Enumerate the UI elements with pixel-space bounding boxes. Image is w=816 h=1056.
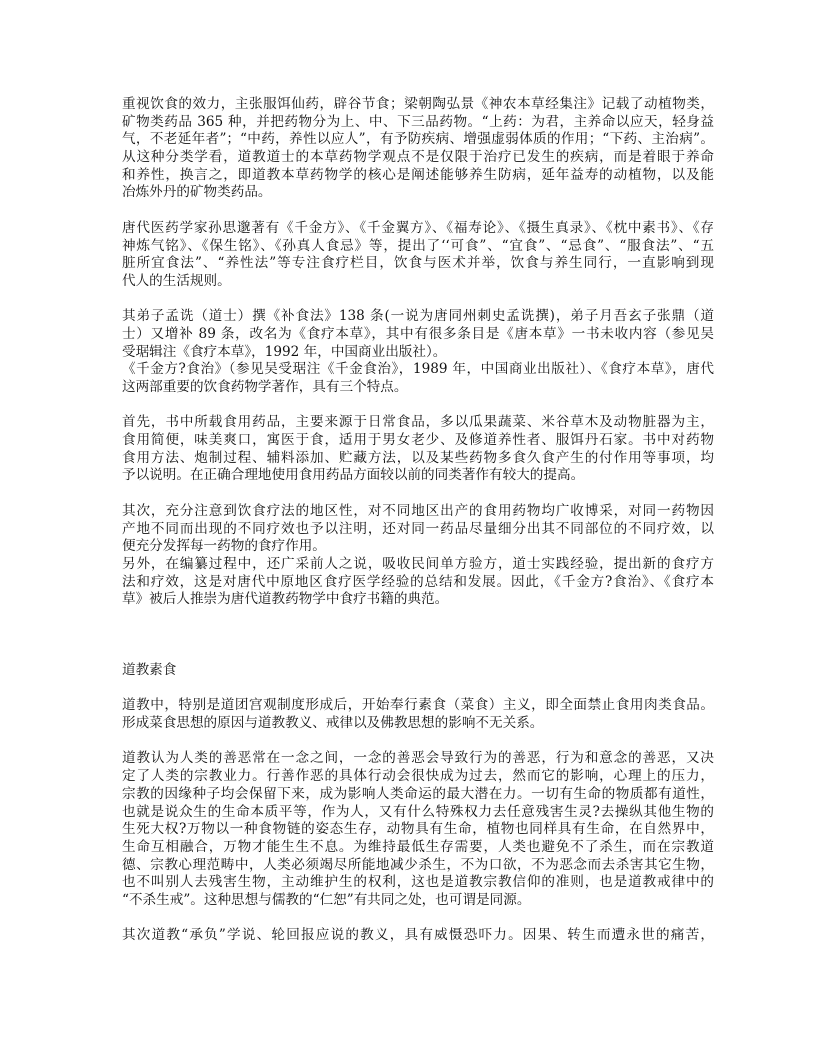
text-line: 和养性，换言之，即道教本草药物学的核心是阐述能够养生防病，延年益寿的动植物，以及… <box>122 167 714 185</box>
text-line: 予以说明。在正确合理地使用食用药品方面较以前的同类著作有较大的提高。 <box>122 467 714 485</box>
text-line: 矿物类药品 365 种，并把药物分为上、中、下三品药物。“上药：为君，主养命以应… <box>122 114 714 132</box>
text-line: 其次，充分注意到饮食疗法的地区性，对不同地区出产的食用药物均广收博采，对同一药物… <box>122 503 714 521</box>
text-line: “不杀生戒”。这种思想与儒教的“仁恕”有共同之处，也可谓是同源。 <box>122 892 714 910</box>
text-line: 士）又增补 89 条，改名为《食疗本草》，其中有很多条目是《唐本草》一书未收内容… <box>122 326 714 344</box>
text-line: 神炼气铭》、《保生铭》、《孙真人食忌》等，提出了‘‘可食”、“宜食”、“忌食”、… <box>122 238 714 256</box>
paragraph-sun-simiao: 唐代医药学家孙思邈著有《千金方》、《千金翼方》、《福寿论》、《摄生真录》、《枕中… <box>122 220 714 291</box>
text-line: 冶炼外丹的矿物类药品。 <box>122 184 714 202</box>
text-line: 首先，书中所载食用药品，主要来源于日常食品，多以瓜果蔬菜、米谷草木及动物脏器为主… <box>122 414 714 432</box>
text-line: 宗教的因缘种子均会保留下来，成为影响人类命运的最大潜在力。一切有生命的物质都有道… <box>122 786 714 804</box>
text-line: 这两部重要的饮食药物学著作，具有三个特点。 <box>122 379 714 397</box>
spacer <box>122 627 714 662</box>
text-line: 其次道教“承负”学说、轮回报应说的教义，具有威慑恐吓力。因果、转生而遭永世的痛苦… <box>122 927 714 945</box>
text-line: 重视饮食的效力，主张服饵仙药，辟谷节食；梁朝陶弘景《神农本草经集注》记载了动植物… <box>122 96 714 114</box>
text-line: 唐代医药学家孙思邈著有《千金方》、《千金翼方》、《福寿论》、《摄生真录》、《枕中… <box>122 220 714 238</box>
section-heading: 道教素食 <box>122 662 714 680</box>
paragraph-first-feature: 首先，书中所载食用药品，主要来源于日常食品，多以瓜果蔬菜、米谷草木及动物脏器为主… <box>122 414 714 485</box>
document-body: 重视饮食的效力，主张服饵仙药，辟谷节食；梁朝陶弘景《神农本草经集注》记载了动植物… <box>122 96 714 963</box>
text-line: 代人的生活规则。 <box>122 273 714 291</box>
text-line: 定了人类的宗教业力。行善作恶的具体行动会很快成为过去，然而它的影响，心理上的压力… <box>122 768 714 786</box>
text-line: 食用简便，味美爽口，寓医于食，适用于男女老少、及修道养性者、服饵丹石家。书中对药… <box>122 432 714 450</box>
text-line: 道教中，特别是道团宫观制度形成后，开始奉行素食（菜食）主义，即全面禁止食用肉类食… <box>122 697 714 715</box>
text-line: 形成菜食思想的原因与道教教义、戒律以及佛教思想的影响不无关系。 <box>122 715 714 733</box>
text-line: 另外，在编纂过程中，还广采前人之说，吸收民间单方验方，道士实践经验，提出新的食疗… <box>122 556 714 574</box>
text-line: 受琚辑注《食疗本草》，1992 年，中国商业出版社）。 <box>122 344 714 362</box>
text-line: 德、宗教心理范畴中，人类必须竭尽所能地减少杀生，不为口欲，不为恶念而去杀害其它生… <box>122 857 714 875</box>
text-line: 道教认为人类的善恶常在一念之间，一念的善恶会导致行为的善恶，行为和意念的善恶，又… <box>122 750 714 768</box>
paragraph-chengfu-doctrine: 其次道教“承负”学说、轮回报应说的教义，具有威慑恐吓力。因果、转生而遭永世的痛苦… <box>122 927 714 945</box>
text-line: 也不叫别人去残害生物，主动维护生的权利，这也是道教宗教信仰的准则，也是道教戒律中… <box>122 874 714 892</box>
text-line: 产地不同而出现的不同疗效也予以注明，还对同一药品尽量细分出其不同部位的不同疗效，… <box>122 521 714 539</box>
text-line: 也就是说众生的生命本质平等，作为人，又有什么特殊权力去任意残害生灵?去操纵其他生… <box>122 804 714 822</box>
text-line: 草》被后人推崇为唐代道教药物学中食疗书籍的典范。 <box>122 591 714 609</box>
paragraph-second-feature: 其次，充分注意到饮食疗法的地区性，对不同地区出产的食用药物均广收博采，对同一药物… <box>122 503 714 609</box>
paragraph-vegetarian-intro: 道教中，特别是道团宫观制度形成后，开始奉行素食（菜食）主义，即全面禁止食用肉类食… <box>122 697 714 732</box>
text-line: 气，不老延年者”；“中药，养性以应人”，有予防疾病、增强虚弱体质的作用；“下药、… <box>122 131 714 149</box>
text-line: 脏所宜食法”、“养性法”等专注食疗栏目，饮食与医术并举，饮食与养生同行，一直影响… <box>122 255 714 273</box>
text-line: 生死大权?万物以一种食物链的姿态生存，动物具有生命，植物也同样具有生命，在自然界… <box>122 821 714 839</box>
text-line: 从这种分类学看，道教道士的本草药物学观点不是仅限于治疗已发生的疾病，而是着眼于养… <box>122 149 714 167</box>
text-line: 便充分发挥每一药物的食疗作用。 <box>122 538 714 556</box>
document-page: 重视饮食的效力，主张服饵仙药，辟谷节食；梁朝陶弘景《神农本草经集注》记载了动植物… <box>0 0 816 1056</box>
paragraph-shennong-bencao: 重视饮食的效力，主张服饵仙药，辟谷节食；梁朝陶弘景《神农本草经集注》记载了动植物… <box>122 96 714 202</box>
text-line: 食用方法、炮制过程、辅料添加、贮藏方法，以及某些药物多食久食产生的付作用等事项，… <box>122 450 714 468</box>
text-line: 《千金方?食治》（参见吴受琚注《千金食治》，1989 年，中国商业出版社）、《食… <box>122 361 714 379</box>
text-line: 生命互相融合，万物才能生生不息。为维持最低生存需要，人类也避免不了杀生，而在宗教… <box>122 839 714 857</box>
paragraph-shiliao-bencao: 其弟子孟诜（道士）撰《补食法》138 条(一说为唐同州刺史孟诜撰)，弟子月吾玄子… <box>122 308 714 396</box>
text-line: 法和疗效，这是对唐代中原地区食疗医学经验的总结和发展。因此，《千金方?食治》、《… <box>122 574 714 592</box>
text-line: 其弟子孟诜（道士）撰《补食法》138 条(一说为唐同州刺史孟诜撰)，弟子月吾玄子… <box>122 308 714 326</box>
paragraph-good-and-evil: 道教认为人类的善恶常在一念之间，一念的善恶会导致行为的善恶，行为和意念的善恶，又… <box>122 750 714 909</box>
